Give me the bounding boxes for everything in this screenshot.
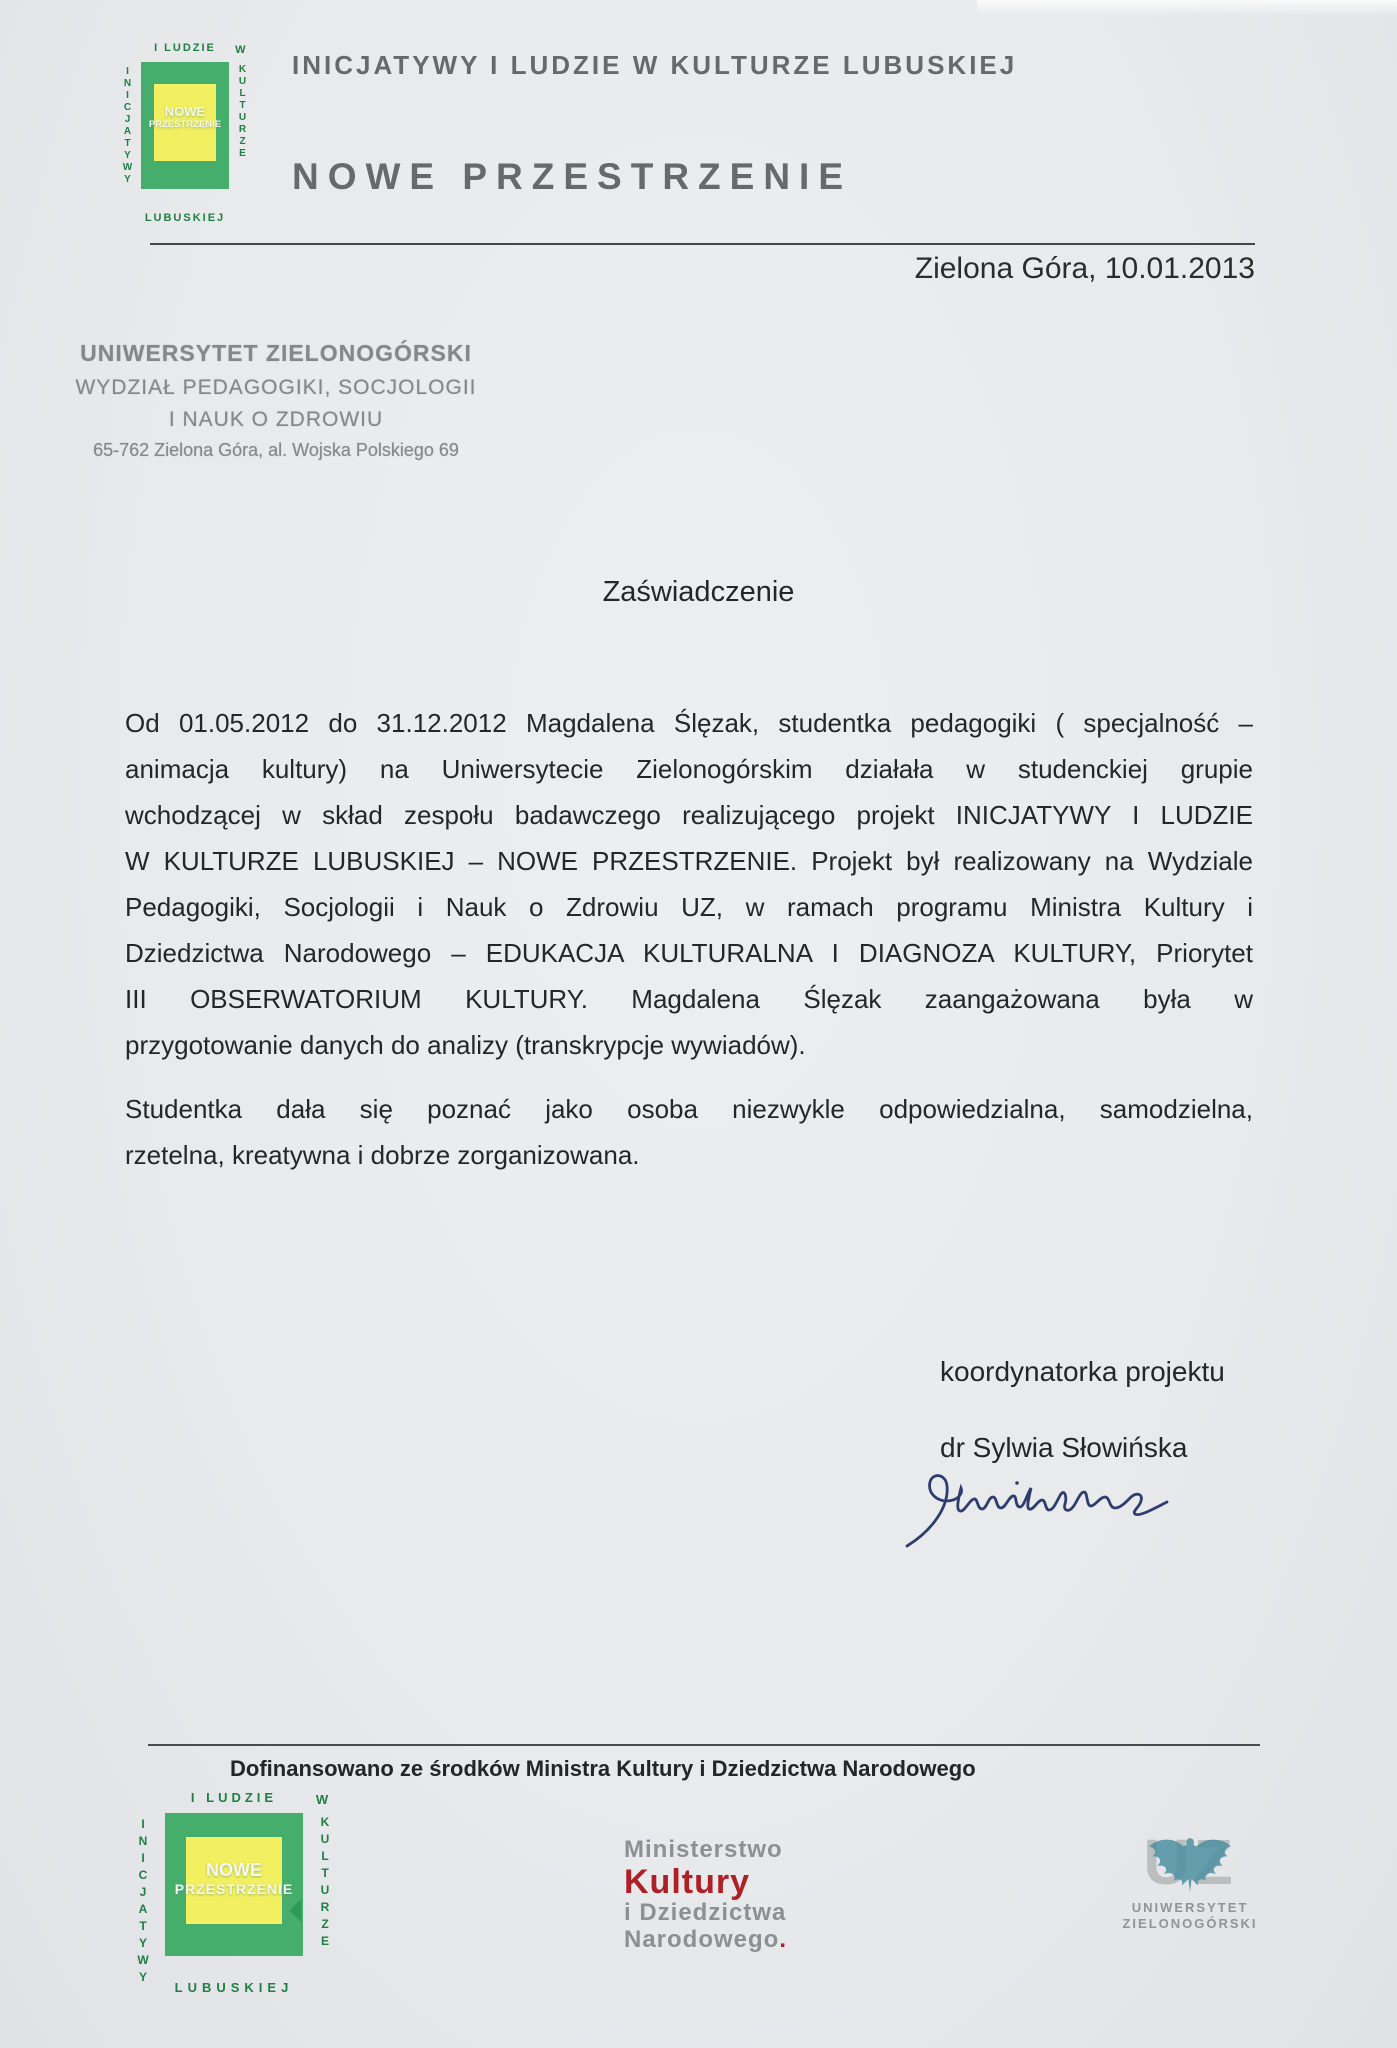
- paragraph-line: Studentka dała się poznać jako osoba nie…: [125, 1086, 1253, 1132]
- stamp-university-name: UNIWERSYTET ZIELONOGÓRSKI: [70, 340, 482, 367]
- logo-frame-left-label: INICJATYWY: [136, 1817, 150, 1987]
- logo-center-line2: PRZESTRZENIE: [161, 1881, 306, 1897]
- project-logo-header: I LUDZIE W INICJATYWY NOWE PRZESTRZENIE …: [122, 42, 248, 224]
- logo-center-line1: NOWE: [138, 104, 231, 119]
- paragraph-line: animacja kultury) na Uniwersytecie Zielo…: [125, 746, 1253, 792]
- logo-frame-bottom-label: LUBUSKIEJ: [152, 1980, 317, 1995]
- paragraph-line: W KULTURZE LUBUSKIEJ – NOWE PRZESTRZENIE…: [125, 838, 1253, 884]
- paragraph-line: rzetelna, kreatywna i dobrze zorganizowa…: [125, 1132, 1253, 1178]
- document-title: Zaświadczenie: [0, 576, 1397, 609]
- project-logo-footer: I LUDZIE W INICJATYWY NOWE PRZESTRZENIE …: [136, 1790, 332, 1995]
- logo-frame-left-label: INICJATYWY: [122, 66, 133, 186]
- uz-name-line2: ZIELONOGÓRSKI: [1100, 1916, 1280, 1932]
- ministry-line1: Ministerstwo: [624, 1838, 787, 1862]
- paragraph-line: Od 01.05.2012 do 31.12.2012 Magdalena Śl…: [125, 700, 1253, 746]
- logo-frame-right-label: KULTURZE: [237, 64, 248, 160]
- logo-center-line2: PRZESTRZENIE: [138, 119, 231, 130]
- logo-frame-top-label: I LUDZIE: [140, 42, 231, 54]
- paragraph-line: Dziedzictwa Narodowego – EDUKACJA KULTUR…: [125, 930, 1253, 976]
- paragraph-line: III OBSERWATORIUM KULTURY. Magdalena Ślę…: [125, 976, 1253, 1022]
- stamp-faculty-line1: WYDZIAŁ PEDAGOGIKI, SOCJOLOGII: [70, 376, 482, 400]
- eagle-icon: [1141, 1826, 1239, 1906]
- paragraph-line: Pedagogiki, Socjologii i Nauk o Zdrowiu …: [125, 884, 1253, 930]
- ministry-logo: Ministerstwo Kultury i Dziedzictwa Narod…: [624, 1838, 787, 1955]
- footer-divider-line: [148, 1744, 1260, 1746]
- logo-frame-top-label: I LUDZIE: [163, 1790, 304, 1805]
- paragraph-1: Od 01.05.2012 do 31.12.2012 Magdalena Śl…: [125, 700, 1253, 1068]
- scanned-certificate-page: I LUDZIE W INICJATYWY NOWE PRZESTRZENIE …: [0, 0, 1397, 2048]
- logo-center-text: NOWE PRZESTRZENIE: [138, 104, 231, 130]
- logo-frame-right-label: KULTURZE: [318, 1815, 332, 1951]
- ministry-line4-text: Narodowego: [624, 1926, 779, 1953]
- logo-frame-corner-label: W: [235, 44, 245, 56]
- logo-frame-bottom-label: LUBUSKIEJ: [132, 212, 238, 224]
- signoff-role: koordynatorka projektu: [940, 1356, 1225, 1388]
- logo-center-line1: NOWE: [161, 1860, 306, 1881]
- scan-edge-artifact: [977, 0, 1397, 16]
- stamp-faculty-line2: I NAUK O ZDROWIU: [70, 408, 482, 432]
- handwritten-signature: [895, 1462, 1195, 1562]
- paragraph-line: przygotowanie danych do analizy (transkr…: [125, 1022, 1253, 1068]
- signoff-name: dr Sylwia Słowińska: [940, 1432, 1187, 1464]
- stamp-address: 65-762 Zielona Góra, al. Wojska Polskieg…: [70, 440, 482, 461]
- ministry-line3: i Dziedzictwa: [624, 1901, 787, 1925]
- logo-frame-corner-label: W: [316, 1792, 328, 1807]
- logo-cursor-arrow: [289, 1898, 313, 1922]
- ministry-line4: Narodowego.: [624, 1928, 787, 1952]
- project-title-line1: INICJATYWY I LUDZIE W KULTURZE LUBUSKIEJ: [292, 50, 1017, 81]
- ministry-period: .: [779, 1926, 787, 1953]
- place-and-date: Zielona Góra, 10.01.2013: [915, 252, 1255, 286]
- project-title-line2: NOWE PRZESTRZENIE: [292, 156, 852, 198]
- university-logo: UZ UNIWERSYTET ZIELONOGÓRSKI: [1100, 1830, 1280, 1932]
- ministry-line2: Kultury: [624, 1865, 787, 1899]
- header-divider-line: [150, 243, 1255, 245]
- funding-note: Dofinansowano ze środków Ministra Kultur…: [230, 1756, 976, 1782]
- logo-green-square: NOWE PRZESTRZENIE: [141, 62, 229, 189]
- paragraph-line: wchodzącej w skład zespołu badawczego re…: [125, 792, 1253, 838]
- logo-green-square: NOWE PRZESTRZENIE: [165, 1813, 302, 1957]
- university-stamp: UNIWERSYTET ZIELONOGÓRSKI WYDZIAŁ PEDAGO…: [70, 340, 482, 461]
- logo-center-text: NOWE PRZESTRZENIE: [161, 1860, 306, 1897]
- paragraph-2: Studentka dała się poznać jako osoba nie…: [125, 1086, 1253, 1178]
